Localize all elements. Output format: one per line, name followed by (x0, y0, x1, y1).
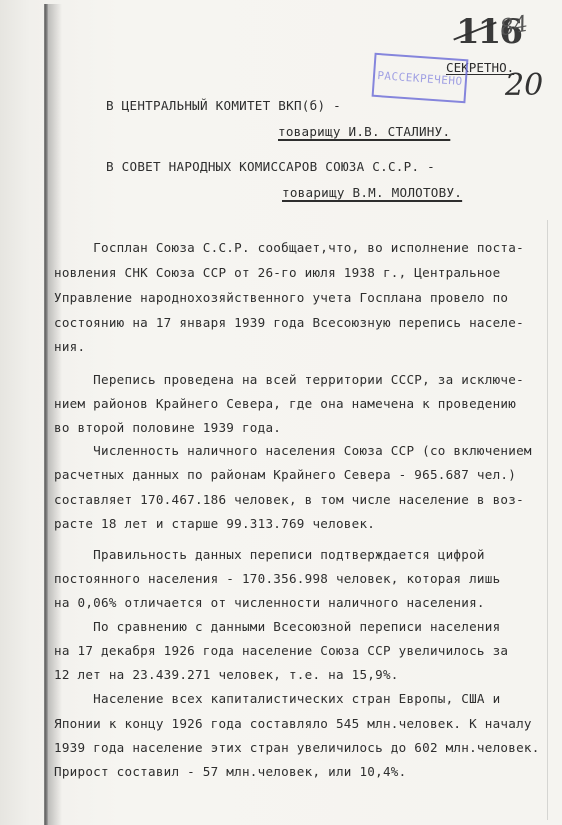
body-line: По сравнению с данными Всесоюзной перепи… (54, 619, 500, 635)
body-line: Перепись проведена на всей территории СС… (54, 372, 524, 388)
body-line: новления СНК Союза ССР от 26-го июля 193… (54, 265, 500, 281)
address-snk: В СОВЕТ НАРОДНЫХ КОМИССАРОВ СОЮЗА С.С.Р.… (106, 159, 435, 175)
page-edge (547, 220, 548, 820)
body-line: расчетных данных по районам Крайнего Сев… (54, 467, 516, 483)
address-snk-person: товарищу В.М. МОЛОТОВУ. (282, 185, 462, 201)
handwritten-annotation: 84 (498, 12, 530, 41)
body-line: состоянию на 17 января 1939 года Всесоюз… (54, 315, 524, 331)
body-line: Японии к концу 1926 года составляло 545 … (54, 716, 532, 732)
body-line: Численность наличного населения Союза СС… (54, 443, 532, 459)
document-page: 116 84 СЕКРЕТНО. 20 РАССЕКРЕЧЕНО В ЦЕНТР… (0, 0, 562, 825)
body-line: 12 лет на 23.439.271 человек, т.е. на 15… (54, 667, 399, 683)
body-line: расте 18 лет и старше 99.313.769 человек… (54, 516, 375, 532)
body-line: ния. (54, 339, 85, 355)
body-line: на 0,06% отличается от численности налич… (54, 595, 485, 611)
handwritten-page-number: 20 (505, 68, 543, 103)
declassified-stamp: РАССЕКРЕЧЕНО (372, 53, 469, 103)
address-cc: В ЦЕНТРАЛЬНЫЙ КОМИТЕТ ВКП(б) - (106, 98, 341, 114)
body-line: Правильность данных переписи подтверждае… (54, 547, 485, 563)
body-line: 1939 года население этих стран увеличило… (54, 740, 540, 756)
body-line: во второй половине 1939 года. (54, 420, 281, 436)
body-line: Прирост составил - 57 млн.человек, или 1… (54, 764, 406, 780)
body-line: Госплан Союза С.С.Р. сообщает,что, во ис… (54, 240, 524, 256)
body-line: Население всех капиталистических стран Е… (54, 691, 500, 707)
body-line: Управление народнохозяйственного учета Г… (54, 290, 508, 306)
body-line: постоянного населения - 170.356.998 чело… (54, 571, 500, 587)
body-line: нием районов Крайнего Севера, где она на… (54, 396, 516, 412)
body-line: на 17 декабря 1926 года население Союза … (54, 643, 508, 659)
body-line: составляет 170.467.186 человек, в том чи… (54, 492, 524, 508)
address-cc-person: товарищу И.В. СТАЛИНУ. (278, 124, 450, 140)
